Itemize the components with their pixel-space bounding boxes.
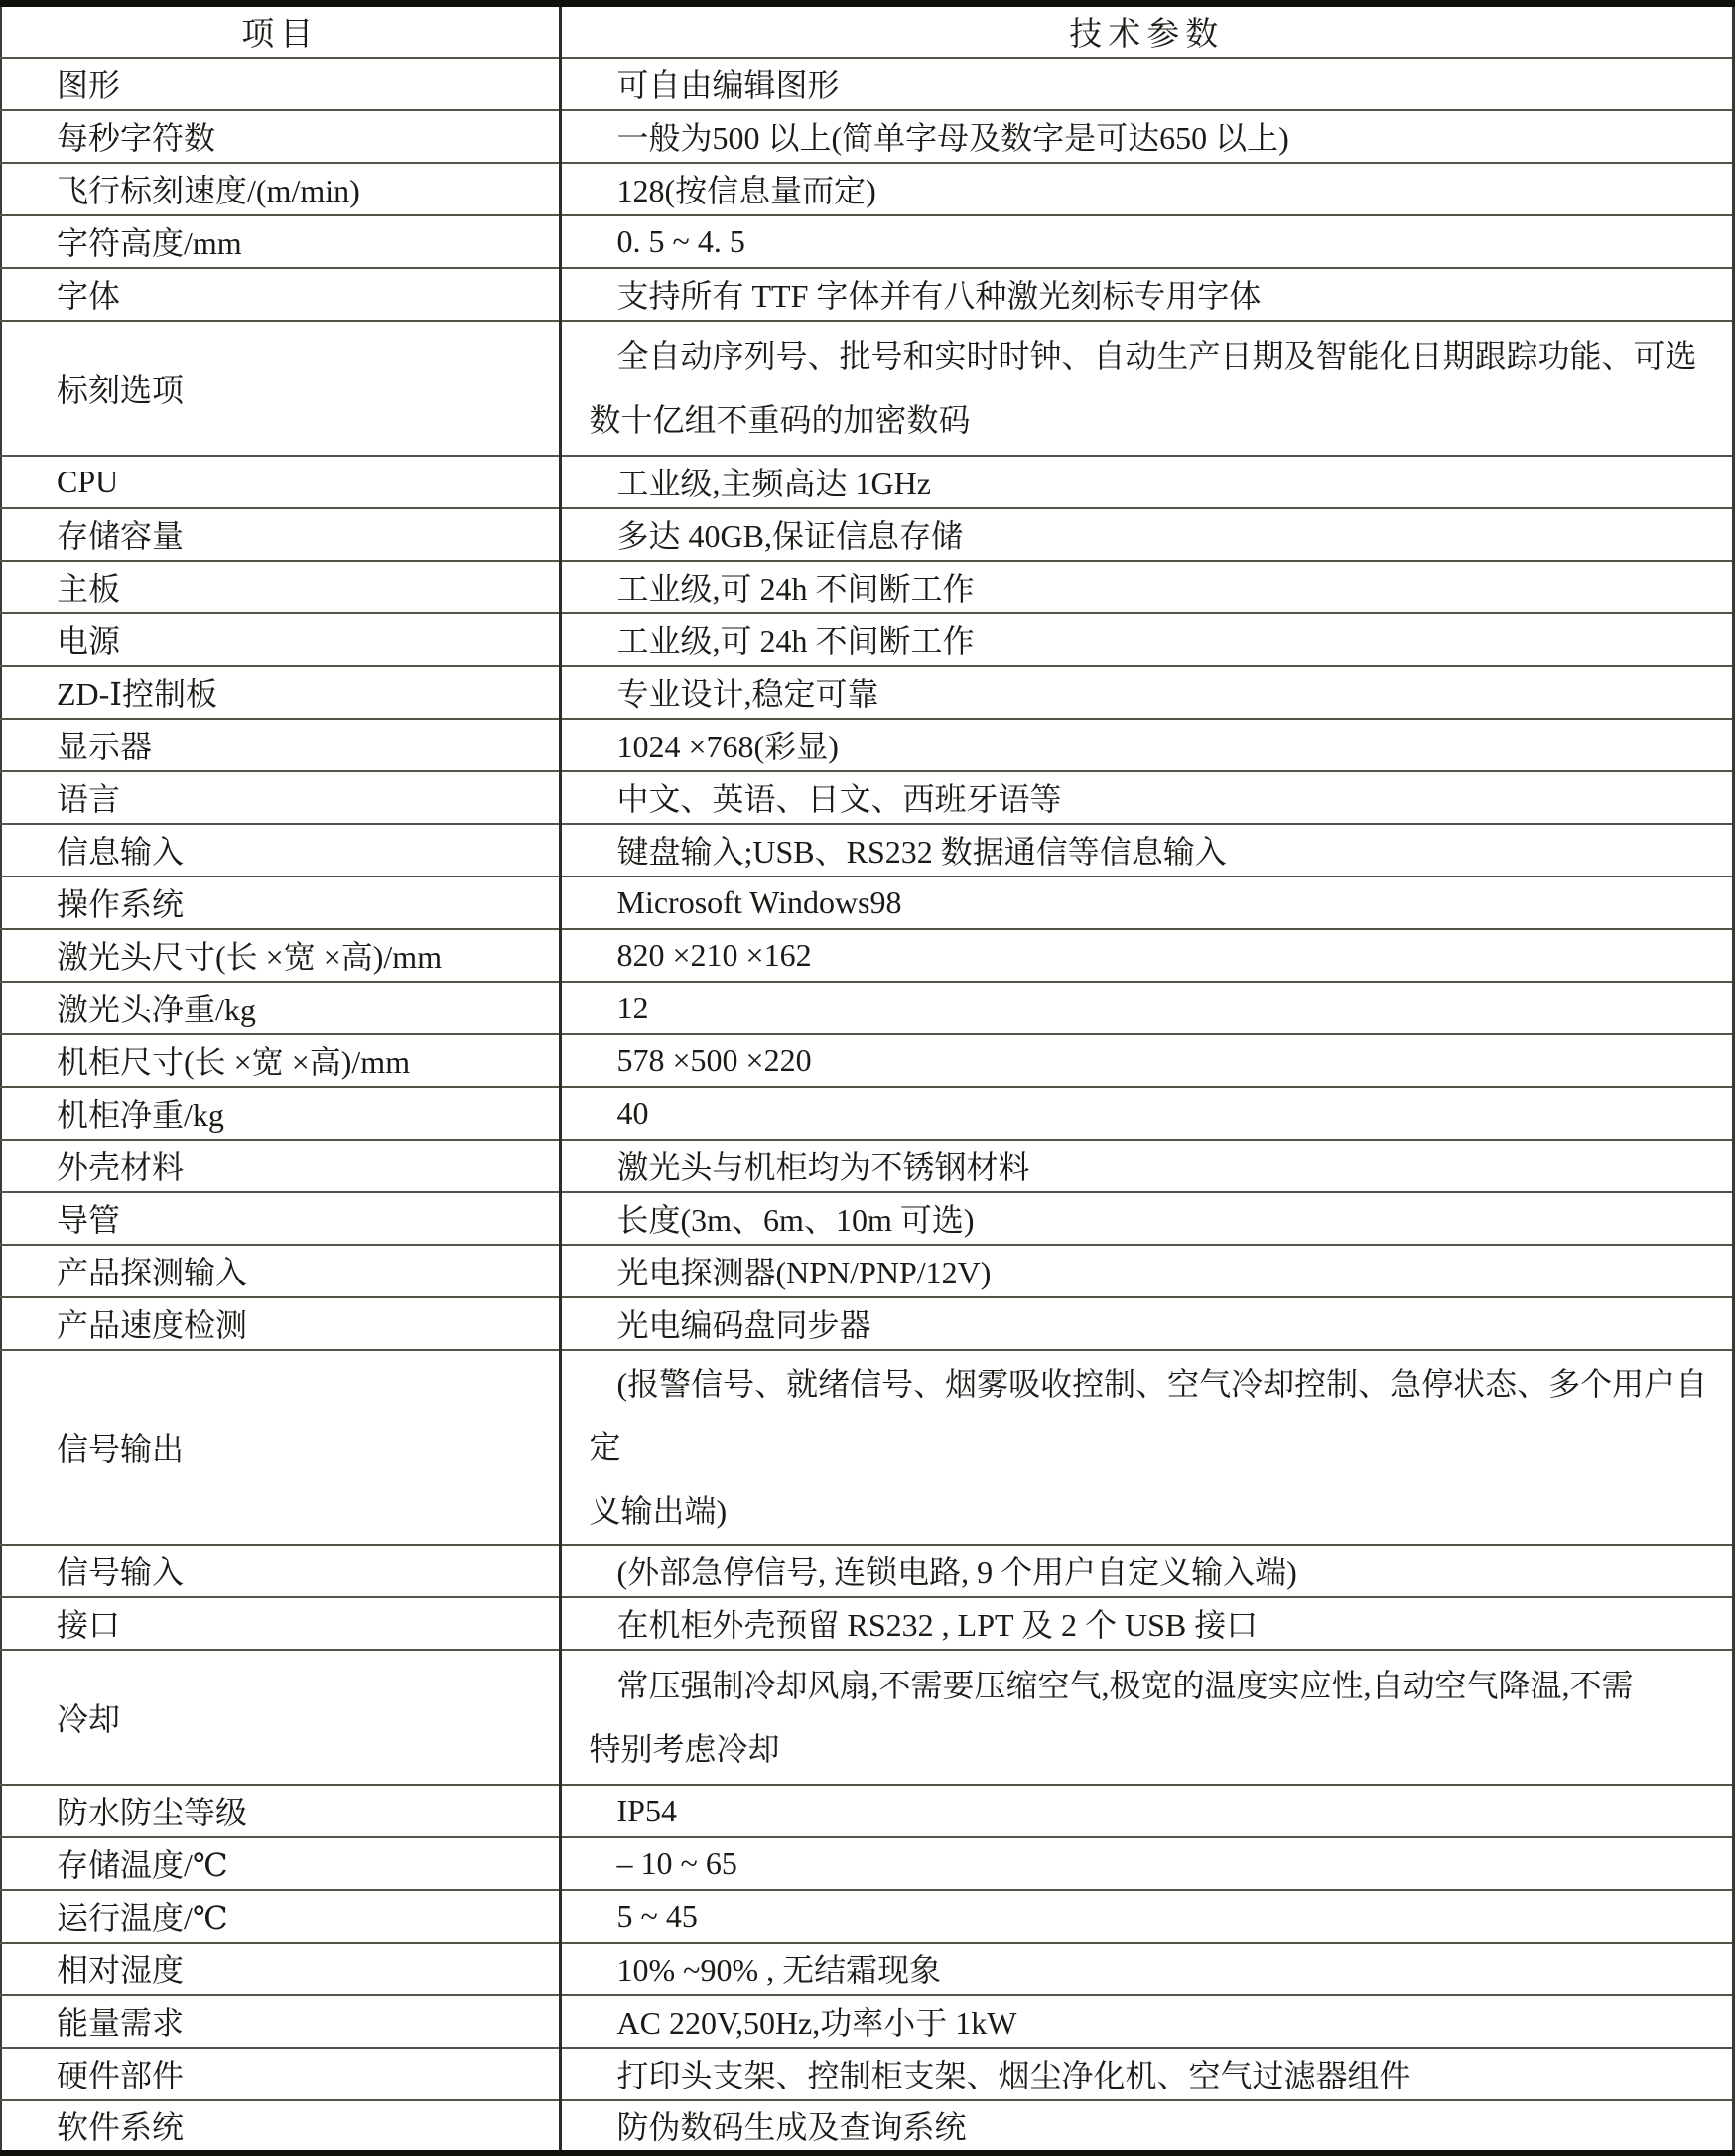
- item-cell: 存储容量: [1, 508, 560, 561]
- table-row: 信息输入 键盘输入;USB、RS232 数据通信等信息输入: [1, 824, 1734, 876]
- value-cell: 578 ×500 ×220: [560, 1034, 1734, 1087]
- table-row: 外壳材料 激光头与机柜均为不锈钢材料: [1, 1140, 1734, 1192]
- value-cell: IP54: [560, 1785, 1734, 1837]
- table-row: 激光头尺寸(长 ×宽 ×高)/mm 820 ×210 ×162: [1, 929, 1734, 982]
- table-row: 导管 长度(3m、6m、10m 可选): [1, 1192, 1734, 1245]
- table-row: 产品探测输入 光电探测器(NPN/PNP/12V): [1, 1245, 1734, 1297]
- item-cell: 接口: [1, 1597, 560, 1650]
- value-cell: 打印头支架、控制柜支架、烟尘净化机、空气过滤器组件: [560, 2048, 1734, 2100]
- value-cell: 40: [560, 1087, 1734, 1140]
- table-row: 机柜尺寸(长 ×宽 ×高)/mm 578 ×500 ×220: [1, 1034, 1734, 1087]
- table-row: 相对湿度 10% ~90% , 无结霜现象: [1, 1943, 1734, 1995]
- value-cell: 键盘输入;USB、RS232 数据通信等信息输入: [560, 824, 1734, 876]
- table-row: 产品速度检测 光电编码盘同步器: [1, 1297, 1734, 1350]
- value-cell: 0. 5 ~ 4. 5: [560, 215, 1734, 268]
- value-cell: 820 ×210 ×162: [560, 929, 1734, 982]
- value-cell: 在机柜外壳预留 RS232 , LPT 及 2 个 USB 接口: [560, 1597, 1734, 1650]
- table-header-row: 项目 技术参数: [1, 4, 1734, 58]
- value-cell: 工业级,主频高达 1GHz: [560, 456, 1734, 508]
- table-row: 信号输入 (外部急停信号, 连锁电路, 9 个用户自定义输入端): [1, 1545, 1734, 1597]
- item-cell: 每秒字符数: [1, 110, 560, 163]
- table-row: 存储容量 多达 40GB,保证信息存储: [1, 508, 1734, 561]
- value-cell: (报警信号、就绪信号、烟雾吸收控制、空气冷却控制、急停状态、多个用户自定 义输出…: [560, 1350, 1734, 1545]
- item-cell: 冷却: [1, 1650, 560, 1785]
- item-cell: 激光头尺寸(长 ×宽 ×高)/mm: [1, 929, 560, 982]
- item-cell: 操作系统: [1, 876, 560, 929]
- table-row: 存储温度/℃ – 10 ~ 65: [1, 1837, 1734, 1890]
- item-cell: 标刻选项: [1, 321, 560, 456]
- value-cell: 光电编码盘同步器: [560, 1297, 1734, 1350]
- item-cell: 运行温度/℃: [1, 1890, 560, 1943]
- value-cell: 常压强制冷却风扇,不需要压缩空气,极宽的温度实应性,自动空气降温,不需 特别考虑…: [560, 1650, 1734, 1785]
- item-cell: 信号输入: [1, 1545, 560, 1597]
- value-cell: 一般为500 以上(简单字母及数字是可达650 以上): [560, 110, 1734, 163]
- table-row: 冷却 常压强制冷却风扇,不需要压缩空气,极宽的温度实应性,自动空气降温,不需 特…: [1, 1650, 1734, 1785]
- table-row: 接口 在机柜外壳预留 RS232 , LPT 及 2 个 USB 接口: [1, 1597, 1734, 1650]
- item-cell: 产品探测输入: [1, 1245, 560, 1297]
- value-cell: 工业级,可 24h 不间断工作: [560, 613, 1734, 666]
- table-row: 防水防尘等级 IP54: [1, 1785, 1734, 1837]
- item-cell: 存储温度/℃: [1, 1837, 560, 1890]
- value-cell: 光电探测器(NPN/PNP/12V): [560, 1245, 1734, 1297]
- item-cell: 字符高度/mm: [1, 215, 560, 268]
- value-cell: – 10 ~ 65: [560, 1837, 1734, 1890]
- item-cell: 产品速度检测: [1, 1297, 560, 1350]
- table-row: 显示器 1024 ×768(彩显): [1, 719, 1734, 771]
- table-row: 运行温度/℃ 5 ~ 45: [1, 1890, 1734, 1943]
- value-cell: 长度(3m、6m、10m 可选): [560, 1192, 1734, 1245]
- table-row: 信号输出 (报警信号、就绪信号、烟雾吸收控制、空气冷却控制、急停状态、多个用户自…: [1, 1350, 1734, 1545]
- table-row: 硬件部件 打印头支架、控制柜支架、烟尘净化机、空气过滤器组件: [1, 2048, 1734, 2100]
- table-row: 主板 工业级,可 24h 不间断工作: [1, 561, 1734, 613]
- table-row: 标刻选项 全自动序列号、批号和实时时钟、自动生产日期及智能化日期跟踪功能、可选 …: [1, 321, 1734, 456]
- item-cell: 导管: [1, 1192, 560, 1245]
- table-row: 字体 支持所有 TTF 字体并有八种激光刻标专用字体: [1, 268, 1734, 321]
- table-row: 字符高度/mm 0. 5 ~ 4. 5: [1, 215, 1734, 268]
- header-item: 项目: [1, 4, 560, 58]
- item-cell: 机柜尺寸(长 ×宽 ×高)/mm: [1, 1034, 560, 1087]
- item-cell: 字体: [1, 268, 560, 321]
- value-cell: 5 ~ 45: [560, 1890, 1734, 1943]
- table-row: 电源 工业级,可 24h 不间断工作: [1, 613, 1734, 666]
- table-row: CPU 工业级,主频高达 1GHz: [1, 456, 1734, 508]
- table-row: 图形 可自由编辑图形: [1, 58, 1734, 110]
- item-cell: 显示器: [1, 719, 560, 771]
- item-cell: ZD-Ⅰ控制板: [1, 666, 560, 719]
- item-cell: 图形: [1, 58, 560, 110]
- table-row: 软件系统 防伪数码生成及查询系统: [1, 2100, 1734, 2153]
- table-row: 能量需求 AC 220V,50Hz,功率小于 1kW: [1, 1995, 1734, 2048]
- value-cell: 可自由编辑图形: [560, 58, 1734, 110]
- table-row: ZD-Ⅰ控制板 专业设计,稳定可靠: [1, 666, 1734, 719]
- item-cell: 外壳材料: [1, 1140, 560, 1192]
- value-cell: 中文、英语、日文、西班牙语等: [560, 771, 1734, 824]
- table-row: 每秒字符数 一般为500 以上(简单字母及数字是可达650 以上): [1, 110, 1734, 163]
- item-cell: 机柜净重/kg: [1, 1087, 560, 1140]
- spec-table: 项目 技术参数 图形 可自由编辑图形 每秒字符数 一般为500 以上(简单字母及…: [0, 0, 1735, 2156]
- item-cell: 信号输出: [1, 1350, 560, 1545]
- value-cell: 128(按信息量而定): [560, 163, 1734, 215]
- value-cell: 10% ~90% , 无结霜现象: [560, 1943, 1734, 1995]
- value-cell: 全自动序列号、批号和实时时钟、自动生产日期及智能化日期跟踪功能、可选 数十亿组不…: [560, 321, 1734, 456]
- item-cell: 防水防尘等级: [1, 1785, 560, 1837]
- item-cell: 飞行标刻速度/(m/min): [1, 163, 560, 215]
- value-cell: AC 220V,50Hz,功率小于 1kW: [560, 1995, 1734, 2048]
- item-cell: 信息输入: [1, 824, 560, 876]
- value-cell: 支持所有 TTF 字体并有八种激光刻标专用字体: [560, 268, 1734, 321]
- header-value: 技术参数: [560, 4, 1734, 58]
- item-cell: 主板: [1, 561, 560, 613]
- table-row: 机柜净重/kg 40: [1, 1087, 1734, 1140]
- item-cell: 硬件部件: [1, 2048, 560, 2100]
- item-cell: 相对湿度: [1, 1943, 560, 1995]
- value-cell: 1024 ×768(彩显): [560, 719, 1734, 771]
- table-row: 飞行标刻速度/(m/min) 128(按信息量而定): [1, 163, 1734, 215]
- table-row: 操作系统 Microsoft Windows98: [1, 876, 1734, 929]
- value-cell: 防伪数码生成及查询系统: [560, 2100, 1734, 2153]
- value-cell: 激光头与机柜均为不锈钢材料: [560, 1140, 1734, 1192]
- item-cell: 语言: [1, 771, 560, 824]
- value-cell: 工业级,可 24h 不间断工作: [560, 561, 1734, 613]
- value-cell: 多达 40GB,保证信息存储: [560, 508, 1734, 561]
- value-cell: 专业设计,稳定可靠: [560, 666, 1734, 719]
- item-cell: 激光头净重/kg: [1, 982, 560, 1034]
- value-cell: Microsoft Windows98: [560, 876, 1734, 929]
- item-cell: 能量需求: [1, 1995, 560, 2048]
- table-row: 激光头净重/kg 12: [1, 982, 1734, 1034]
- table-row: 语言 中文、英语、日文、西班牙语等: [1, 771, 1734, 824]
- item-cell: CPU: [1, 456, 560, 508]
- value-cell: 12: [560, 982, 1734, 1034]
- item-cell: 软件系统: [1, 2100, 560, 2153]
- item-cell: 电源: [1, 613, 560, 666]
- value-cell: (外部急停信号, 连锁电路, 9 个用户自定义输入端): [560, 1545, 1734, 1597]
